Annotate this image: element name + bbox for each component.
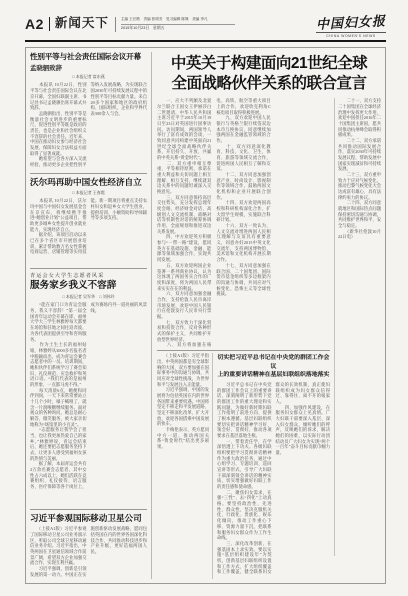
- newspaper-masthead: 中国妇女报 CHINA WOMEN'S NEWS: [316, 17, 386, 38]
- article-inmarsat: 习近平参观国际移动卫星公司 （上接A1版）习近平参观了国际移动卫星公司业务演示区…: [30, 513, 147, 579]
- declaration-body: 一、应大不列颠及北爱尔兰联合王国女王伊丽莎白二世邀请，中华人民共和国主席习近平于…: [157, 98, 330, 348]
- declaration-zone: 一、应大不列颠及北爱尔兰联合王国女王伊丽莎白二世邀请，中华人民共和国主席习近平于…: [157, 98, 381, 579]
- section-title: 新闻天下: [49, 17, 109, 31]
- article-implement-speech: 切实把习近平总书记在中央党的群团工作会议 上的重要讲话精神在基层妇联组织落地落实…: [217, 353, 330, 579]
- article-volunteer-byline: □ 本报记者 吴军华 □ 刘伟玲: [30, 294, 147, 300]
- header-rule: [25, 40, 386, 42]
- left-column: 性别平等与社会责任国际会议开幕 孟晓驷致辞 □ 本报记者 富东燕 本报讯 10月…: [30, 52, 152, 579]
- article-gender-conference-byline: □ 本报记者 富东燕: [30, 74, 147, 80]
- article-volunteer: 青运会女大学生志愿者风采 服务家乡我义不容辞 □ 本报记者 吴军华 □ 刘伟玲 …: [30, 272, 147, 506]
- editor-credits: 主编 王长路 责编 张明芳 见习编辑 陈姝 美编 李凡: [121, 17, 235, 25]
- page-number: A2: [25, 17, 44, 31]
- article-gender-conference-headline: 性别平等与社会责任国际会议开幕: [30, 52, 147, 61]
- article-implement-speech-headline: 切实把习近平总书记在中央党的群团工作会议 上的重要讲话精神在基层妇联组织落地落实: [217, 354, 330, 380]
- implement-headline-line1: 切实把习近平总书记在中央党的群团工作会议: [217, 354, 330, 371]
- section-divider: [157, 350, 330, 351]
- article-volunteer-headline: 服务家乡我义不容辞: [30, 280, 147, 292]
- article-walmart: 沃尔玛再助中国女性经济自立 □ 本报记者 王春霞 本报讯 10月22日，沃尔玛中…: [30, 177, 147, 265]
- credits-block: 主编 王长路 责编 张明芳 见习编辑 陈姝 美编 李凡 2015年10月23日 …: [115, 17, 235, 32]
- declaration-body-continued: 二十一、双方支持二十国集团在全球经济治理中发挥更大作用，欢迎中国担任2016年二…: [334, 98, 381, 556]
- article-inmarsat-body: （上接A1版）习近平参观了国际移动卫星公司业务演示区，听取公司全球卫星移动通信业…: [30, 526, 147, 578]
- article-gender-conference-subhead: 孟晓驷致辞: [30, 63, 147, 72]
- article-gender-conference-body: 本报讯 10月22日，性别平等与社会责任国际会议在北京开幕，全国妇联副主席、书记…: [30, 82, 147, 168]
- content-box: 性别平等与社会责任国际会议开幕 孟晓驷致辞 □ 本报记者 富东燕 本报讯 10月…: [25, 47, 386, 584]
- article-divider: [30, 268, 147, 269]
- bottom-section: （上接A1版）习近平指出，中英两国都是有全球影响的大国，双方要加强在国际事务中的…: [157, 353, 330, 579]
- page-header: A2 新闻天下 主编 王长路 责编 张明芳 见习编辑 陈姝 美编 李凡 2015…: [25, 17, 386, 38]
- paper-logo: 中国妇女报: [316, 15, 387, 33]
- article-volunteer-body: “能在家门口为青运会服务，我义不容辞！”第一届全国青年运动会开幕在即，福州大学大…: [30, 302, 147, 498]
- article-inmarsat-headline: 习近平参观国际移动卫星公司: [30, 513, 147, 524]
- declaration-headline: 中英关于构建面向21世纪全球 全面战略伙伴关系的联合宣言: [157, 52, 381, 98]
- main-column: 中英关于构建面向21世纪全球 全面战略伙伴关系的联合宣言 一、应大不列颠及北爱尔…: [157, 52, 381, 579]
- declaration-main: 一、应大不列颠及北爱尔兰联合王国女王伊丽莎白二世邀请，中华人民共和国主席习近平于…: [157, 98, 330, 579]
- article-gender-conference: 性别平等与社会责任国际会议开幕 孟晓驷致辞 □ 本报记者 富东燕 本报讯 10月…: [30, 52, 147, 170]
- paper-logo-english: CHINA WOMEN'S NEWS: [316, 32, 386, 38]
- continued-from-a1-body: （上接A1版）习近平指出，中英两国都是有全球影响的大国，双方要加强在国际事务中的…: [157, 353, 213, 579]
- article-walmart-byline: □ 本报记者 王春霞: [30, 190, 147, 196]
- declaration-headline-line1: 中英关于构建面向21世纪全球: [157, 54, 381, 74]
- article-volunteer-kicker: 青运会女大学生志愿者风采: [30, 272, 147, 279]
- implement-headline-line2: 上的重要讲话精神在基层妇联组织落地落实: [217, 371, 330, 380]
- article-walmart-headline: 沃尔玛再助中国女性经济自立: [30, 177, 147, 188]
- article-divider: [30, 173, 147, 174]
- article-divider: [30, 509, 147, 510]
- article-implement-speech-body: 习近平总书记在中央党的群团工作会议上的重要讲话，深刻阐明了新形势下党的群团工作的…: [217, 382, 330, 579]
- article-walmart-body: 本报讯 10月22日，沃尔玛中国与中国妇女发展基金会在京宣布，将继续携手推进“她…: [30, 198, 147, 258]
- declaration-headline-line2: 全面战略伙伴关系的联合宣言: [157, 74, 381, 94]
- newspaper-page: A2 新闻天下 主编 王长路 责编 张明芳 见习编辑 陈姝 美编 李凡 2015…: [0, 0, 408, 596]
- issue-date: 2015年10月23日 星期五: [121, 25, 235, 32]
